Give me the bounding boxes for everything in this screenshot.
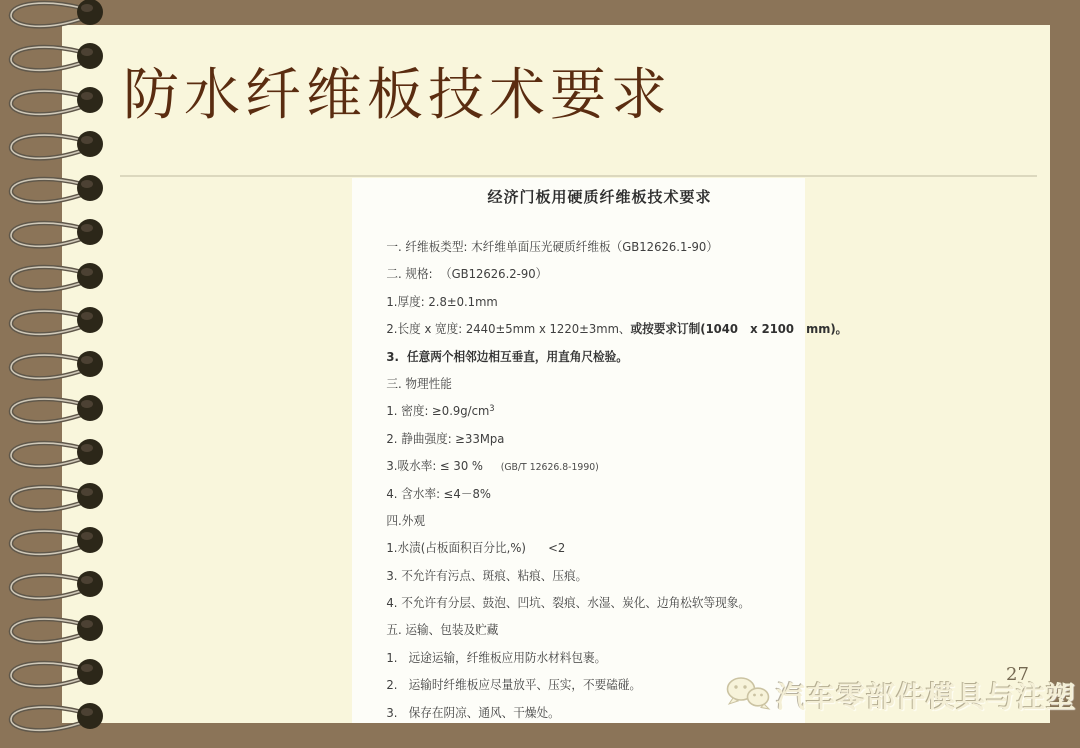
document-line: 4. 不允许有分层、鼓泡、凹坑、裂痕、水湿、炭化、边角松软等现象。: [386, 589, 773, 616]
document-line: 2. 静曲强度: ≥33Mpa: [386, 425, 773, 452]
page-number: 27: [1006, 664, 1029, 685]
document-line: 3. 保存在阴凉、通风、干燥处。: [386, 699, 773, 726]
wechat-icon: [724, 674, 772, 716]
watermark-text: 汽车零部件模具与注塑: [776, 675, 1076, 716]
document-title: 经济门板用硬质纤维板技术要求: [373, 186, 826, 207]
document-line: 五. 运输、包装及贮藏: [386, 616, 773, 643]
document-line: 三. 物理性能: [386, 370, 773, 397]
document-line: 3. 不允许有污点、斑痕、粘痕、压痕。: [386, 562, 773, 589]
slide-title: 防水纤维板技术要求: [123, 64, 672, 128]
document-line: 2. 运输时纤维板应尽量放平、压实，不要磕碰。: [386, 671, 773, 698]
document-line: 二. 规格: （GB12626.2-90）: [386, 260, 773, 287]
document-line: 2.长度 x 宽度: 2440±5mm x 1220±3mm、或按要求订制(10…: [386, 315, 773, 342]
document-line: 1.水渍(占板面积百分比,%) <2: [386, 534, 773, 561]
spiral-binding: [0, 0, 130, 748]
document-line: 3.吸水率: ≤ 30 % (GB/T 12626.8-1990): [386, 452, 773, 479]
document-lines: 一. 纤维板类型: 木纤维单面压光硬质纤维板（GB12626.1-90）二. 规…: [352, 233, 773, 726]
document-line: 1. 密度: ≥0.9g/cm3: [386, 397, 773, 424]
slide: 防水纤维板技术要求 经济门板用硬质纤维板技术要求 一. 纤维板类型: 木纤维单面…: [0, 0, 1080, 748]
document-line: 3. 任意两个相邻边相互垂直，用直角尺检验。: [386, 343, 773, 370]
document-panel: 经济门板用硬质纤维板技术要求 一. 纤维板类型: 木纤维单面压光硬质纤维板（GB…: [352, 178, 805, 723]
document-line: 4. 含水率: ≤4－8%: [386, 480, 773, 507]
document-line: 一. 纤维板类型: 木纤维单面压光硬质纤维板（GB12626.1-90）: [386, 233, 773, 260]
title-divider-line: [120, 175, 1037, 177]
document-line: 四.外观: [386, 507, 773, 534]
document-line: 1.厚度: 2.8±0.1mm: [386, 288, 773, 315]
document-line: 1. 远途运输，纤维板应用防水材料包裹。: [386, 644, 773, 671]
